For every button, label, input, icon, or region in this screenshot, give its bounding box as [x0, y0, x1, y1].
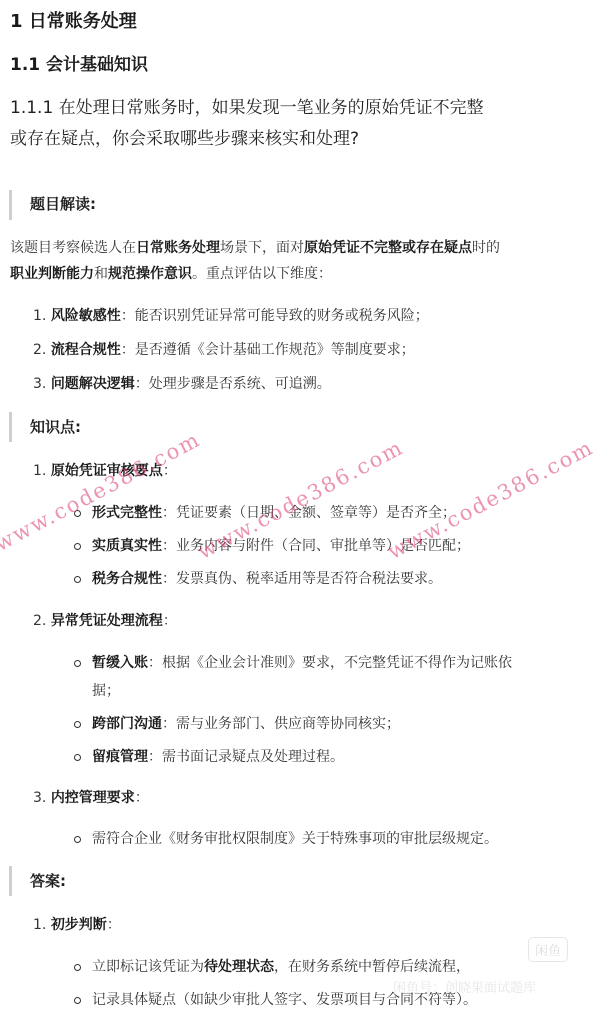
list-number: 2. [33, 342, 46, 358]
bullet-circle-icon [74, 836, 81, 843]
bold-text: 原始凭证审核要点 [51, 463, 163, 479]
heading-2: 1.1 会计基础知识 [10, 50, 148, 75]
blockquote-bar [9, 412, 12, 442]
list-item-continuation: 据； [92, 681, 120, 701]
bold-text: 风险敏感性 [51, 308, 121, 324]
list-item: 税务合规性：发票真伪、税率适用等是否符合税法要求。 [92, 569, 442, 589]
text: ：根据《企业会计准则》要求，不完整凭证不得作为记账依 [148, 655, 512, 671]
bold-text: 待处理状态 [204, 959, 274, 975]
blockquote-bar [9, 190, 12, 220]
bullet-circle-icon [74, 721, 81, 728]
text: ：发票真伪、税率适用等是否符合税法要求。 [162, 571, 442, 587]
list-item: 跨部门沟通：需与业务部门、供应商等协同核实； [92, 714, 400, 734]
colon: ： [135, 790, 149, 806]
list-item: 1. 风险敏感性：能否识别凭证异常可能导致的财务或税务风险； [33, 306, 429, 326]
list-number: 1. [33, 463, 46, 479]
text: 和 [94, 266, 108, 282]
text: ：处理步骤是否系统、可追溯。 [135, 376, 331, 392]
bullet-circle-icon [74, 510, 81, 517]
bold-text: 职业判断能力 [10, 266, 94, 282]
answer-group-heading: 1. 初步判断： [33, 915, 121, 935]
text: ：需书面记录疑点及处理过程。 [148, 749, 344, 765]
text: 该题目考察候选人在 [10, 240, 136, 256]
bold-text: 异常凭证处理流程 [51, 613, 163, 629]
list-item: 实质真实性：业务内容与附件（合同、审批单等）是否匹配； [92, 536, 470, 556]
colon: ： [163, 613, 177, 629]
text: 立即标记该凭证为 [92, 959, 204, 975]
bold-text: 跨部门沟通 [92, 716, 162, 732]
bullet-circle-icon [74, 754, 81, 761]
knowledge-title: 知识点: [30, 416, 81, 437]
text: ，在财务系统中暂停后续流程， [274, 959, 470, 975]
list-item: 形式完整性：凭证要素（日期、金额、签章等）是否齐全； [92, 503, 456, 523]
list-item: 需符合企业《财务审批权限制度》关于特殊事项的审批层级规定。 [92, 829, 498, 849]
text: ：业务内容与附件（合同、审批单等）是否匹配； [162, 538, 470, 554]
bold-text: 流程合规性 [51, 342, 121, 358]
bullet-circle-icon [74, 576, 81, 583]
text: 场景下，面对 [220, 240, 304, 256]
text: 。重点评估以下维度： [192, 266, 332, 282]
bold-text: 原始凭证不完整或存在疑点 [304, 240, 472, 256]
list-number: 3. [33, 376, 46, 392]
bold-text: 实质真实性 [92, 538, 162, 554]
knowledge-group-heading: 3. 内控管理要求： [33, 788, 149, 808]
bold-text: 规范操作意识 [108, 266, 192, 282]
text: ：需与业务部门、供应商等协同核实； [162, 716, 400, 732]
bullet-circle-icon [74, 997, 81, 1004]
list-number: 2. [33, 613, 46, 629]
knowledge-group-heading: 2. 异常凭证处理流程： [33, 611, 177, 631]
text: 时的 [472, 240, 500, 256]
blockquote-bar [9, 866, 12, 896]
bold-text: 税务合规性 [92, 571, 162, 587]
bold-text: 问题解决逻辑 [51, 376, 135, 392]
text: ：是否遵循《会计基础工作规范》等制度要求； [121, 342, 415, 358]
knowledge-group-heading: 1. 原始凭证审核要点： [33, 461, 177, 481]
list-item: 暂缓入账：根据《企业会计准则》要求，不完整凭证不得作为记账依 [92, 653, 512, 673]
interpretation-paragraph-line-2: 职业判断能力和规范操作意识。重点评估以下维度： [10, 264, 332, 284]
bullet-circle-icon [74, 964, 81, 971]
list-item: 记录具体疑点（如缺少审批人签字、发票项目与合同不符等）。 [92, 990, 477, 1010]
answer-title: 答案: [30, 870, 66, 891]
list-item: 留痕管理：需书面记录疑点及处理过程。 [92, 747, 344, 767]
watermark-badge: 闲鱼 [528, 937, 568, 962]
bullet-circle-icon [74, 660, 81, 667]
list-number: 1. [33, 308, 46, 324]
colon: ： [107, 917, 121, 933]
text: ：凭证要素（日期、金额、签章等）是否齐全； [162, 505, 456, 521]
list-item: 2. 流程合规性：是否遵循《会计基础工作规范》等制度要求； [33, 340, 415, 360]
bold-text: 初步判断 [51, 917, 107, 933]
bold-text: 暂缓入账 [92, 655, 148, 671]
bold-text: 内控管理要求 [51, 790, 135, 806]
bold-text: 日常账务处理 [136, 240, 220, 256]
bold-text: 留痕管理 [92, 749, 148, 765]
bullet-circle-icon [74, 543, 81, 550]
heading-1: 1 日常账务处理 [10, 7, 137, 33]
interpretation-title: 题目解读: [30, 193, 96, 214]
question-line-2: 或存在疑点，你会采取哪些步骤来核实和处理? [10, 124, 359, 154]
bold-text: 形式完整性 [92, 505, 162, 521]
list-number: 1. [33, 917, 46, 933]
list-item: 立即标记该凭证为待处理状态，在财务系统中暂停后续流程， [92, 957, 470, 977]
list-item: 3. 问题解决逻辑：处理步骤是否系统、可追溯。 [33, 374, 331, 394]
document-page: 1 日常账务处理 1.1 会计基础知识 1.1.1 在处理日常账务时，如果发现一… [0, 0, 600, 1018]
text: ：能否识别凭证异常可能导致的财务或税务风险； [121, 308, 429, 324]
interpretation-paragraph-line-1: 该题目考察候选人在日常账务处理场景下，面对原始凭证不完整或存在疑点时的 [10, 238, 500, 258]
colon: ： [163, 463, 177, 479]
list-number: 3. [33, 790, 46, 806]
question-line-1: 1.1.1 在处理日常账务时，如果发现一笔业务的原始凭证不完整 [10, 93, 484, 123]
